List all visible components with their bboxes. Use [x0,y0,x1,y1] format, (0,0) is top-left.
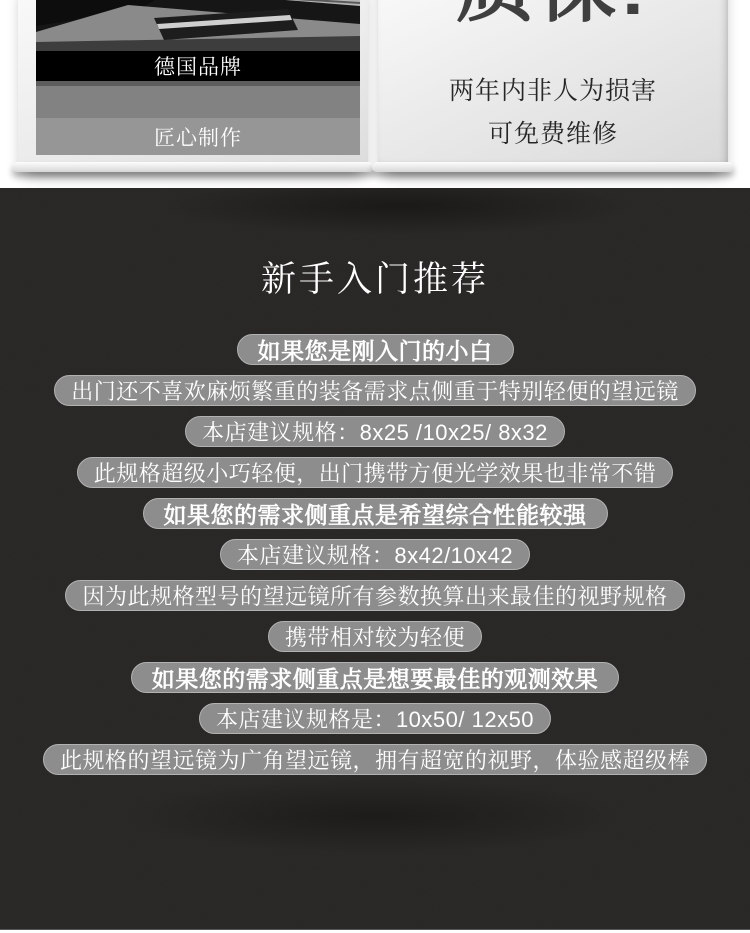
workshop-photo [36,0,360,51]
warranty-headline: 质保! [378,0,728,26]
craft-badge-label: 匠心制作 [154,122,242,152]
warranty-line-1: 两年内非人为损害 [378,71,728,107]
warranty-card: 质保! 两年内非人为损害 可免费维修 [378,0,728,170]
section-title: 新手入门推荐 [0,252,750,302]
recommendation-pill: 此规格超级小巧轻便，出门携带方便光学效果也非常不错 [77,457,674,488]
recommendation-section: 新手入门推荐 如果您是刚入门的小白出门还不喜欢麻烦繁重的装备需求点侧重于特别轻便… [0,188,750,929]
benefits-banner: 德国品牌 匠心制作 质保! 两年内非人为损害 可免费维修 [0,0,750,188]
recommendation-pill: 如果您的需求侧重点是想要最佳的观测效果 [131,662,620,693]
recommendation-pill: 此规格的望远镜为广角望远镜，拥有超宽的视野，体验感超级棒 [43,744,707,775]
brand-badge: 德国品牌 [36,51,360,81]
warranty-line-2: 可免费维修 [378,114,728,150]
warranty-card-base [372,162,734,172]
recommendation-pill: 如果您是刚入门的小白 [237,334,514,365]
craft-badge: 匠心制作 [36,118,360,155]
gray-band [36,86,360,118]
brand-card: 德国品牌 匠心制作 [18,0,368,170]
recommendation-pill: 携带相对较为轻便 [268,621,482,652]
brand-card-content: 德国品牌 匠心制作 [36,0,360,155]
recommendation-pill-list: 如果您是刚入门的小白出门还不喜欢麻烦繁重的装备需求点侧重于特别轻便的望远镜本店建… [0,334,750,775]
recommendation-pill: 本店建议规格是：10x50/ 12x50 [199,703,551,734]
workshop-photo-art [36,0,360,51]
brand-card-base [12,162,374,172]
recommendation-pill: 出门还不喜欢麻烦繁重的装备需求点侧重于特别轻便的望远镜 [54,375,696,406]
brand-badge-label: 德国品牌 [154,51,242,81]
bottom-edge-strip [0,929,750,933]
promo-page: 德国品牌 匠心制作 质保! 两年内非人为损害 可免费维修 新手入门推荐 如果您是… [0,0,750,933]
recommendation-pill: 因为此规格型号的望远镜所有参数换算出来最佳的视野规格 [65,580,684,611]
recommendation-pill: 本店建议规格：8x42/10x42 [220,539,530,570]
recommendation-pill: 如果您的需求侧重点是希望综合性能较强 [143,498,608,529]
recommendation-pill: 本店建议规格：8x25 /10x25/ 8x32 [185,416,565,447]
